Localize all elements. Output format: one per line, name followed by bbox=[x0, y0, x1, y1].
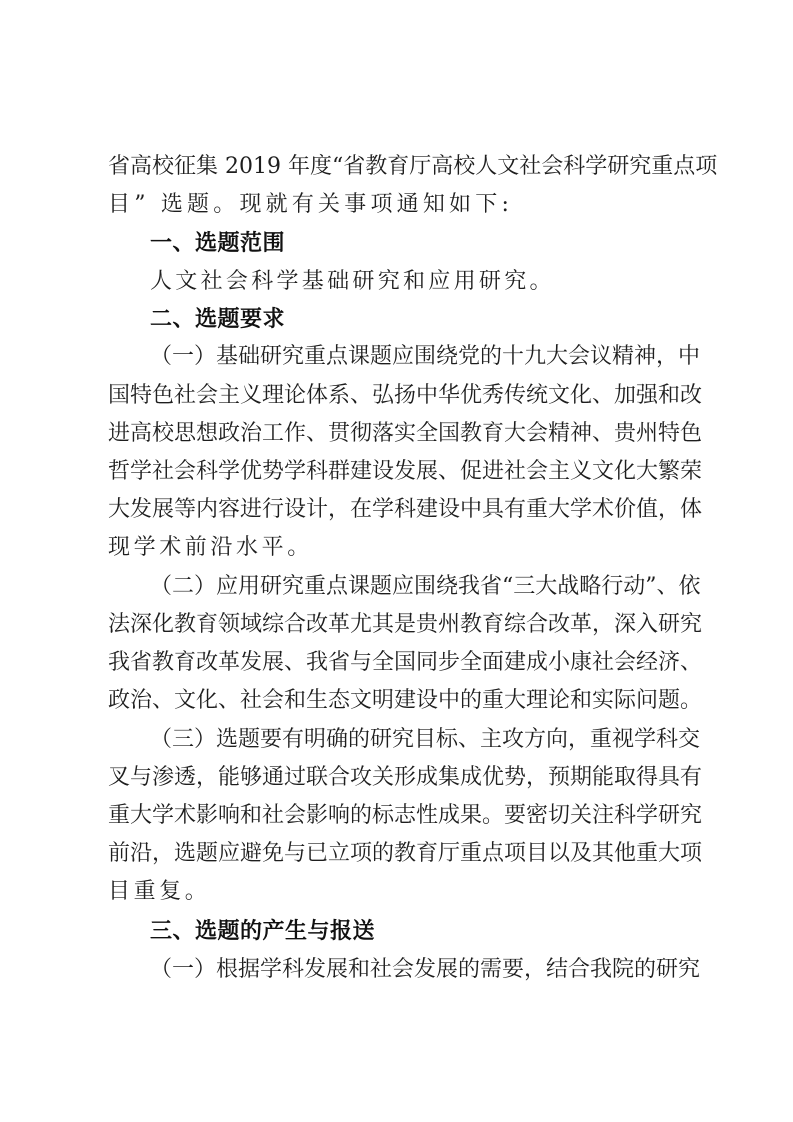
section-3-item-1-line-1: （一）根据学科发展和社会发展的需要，结合我院的研究 bbox=[150, 955, 688, 985]
section-2-item-1-line-2: 国特色社会主义理论体系、弘扬中华优秀传统文化、加强和改 bbox=[108, 381, 688, 411]
section-1-body: 人文社会科学基础研究和应用研究。 bbox=[150, 267, 688, 297]
section-heading-2: 二、选题要求 bbox=[150, 305, 688, 335]
section-2-item-2-line-3: 我省教育改革发展、我省与全国同步全面建成小康社会经济、 bbox=[108, 648, 688, 678]
document-page: 省高校征集 2019 年度“省教育厅高校人文社会科学研究重点项 目” 选题。现就… bbox=[0, 0, 793, 1122]
section-2-item-3-line-4: 前沿，选题应避免与已立项的教育厅重点项目以及其他重大项 bbox=[108, 839, 688, 869]
section-2-item-3-line-3: 重大学术影响和社会影响的标志性成果。要密切关注科学研究 bbox=[108, 801, 688, 831]
section-2-item-2-line-2: 法深化教育领域综合改革尤其是贵州教育综合改革，深入研究 bbox=[108, 610, 688, 640]
section-2-item-3-line-1: （三）选题要有明确的研究目标、主攻方向，重视学科交 bbox=[150, 725, 688, 755]
section-heading-1: 一、选题范围 bbox=[150, 229, 688, 259]
section-2-item-3-line-5: 目重复。 bbox=[108, 877, 688, 907]
section-2-item-1-line-1: （一）基础研究重点课题应围绕党的十九大会议精神，中 bbox=[150, 342, 688, 372]
section-2-item-2-line-4: 政治、文化、社会和生态文明建设中的重大理论和实际问题。 bbox=[108, 686, 688, 716]
section-2-item-2-line-1: （二）应用研究重点课题应围绕我省“三大战略行动”、依 bbox=[150, 572, 688, 602]
section-2-item-1-line-5: 大发展等内容进行设计，在学科建设中具有重大学术价值，体 bbox=[108, 495, 688, 525]
section-2-item-1-line-4: 哲学社会科学优势学科群建设发展、促进社会主义文化大繁荣 bbox=[108, 457, 688, 487]
section-heading-3: 三、选题的产生与报送 bbox=[150, 917, 688, 947]
intro-line-1: 省高校征集 2019 年度“省教育厅高校人文社会科学研究重点项 bbox=[108, 152, 688, 182]
section-2-item-1-line-6: 现学术前沿水平。 bbox=[108, 533, 688, 563]
section-2-item-3-line-2: 叉与渗透，能够通过联合攻关形成集成优势，预期能取得具有 bbox=[108, 763, 688, 793]
section-2-item-1-line-3: 进高校思想政治工作、贯彻落实全国教育大会精神、贵州特色 bbox=[108, 419, 688, 449]
intro-line-2: 目” 选题。现就有关事项通知如下: bbox=[108, 190, 688, 220]
